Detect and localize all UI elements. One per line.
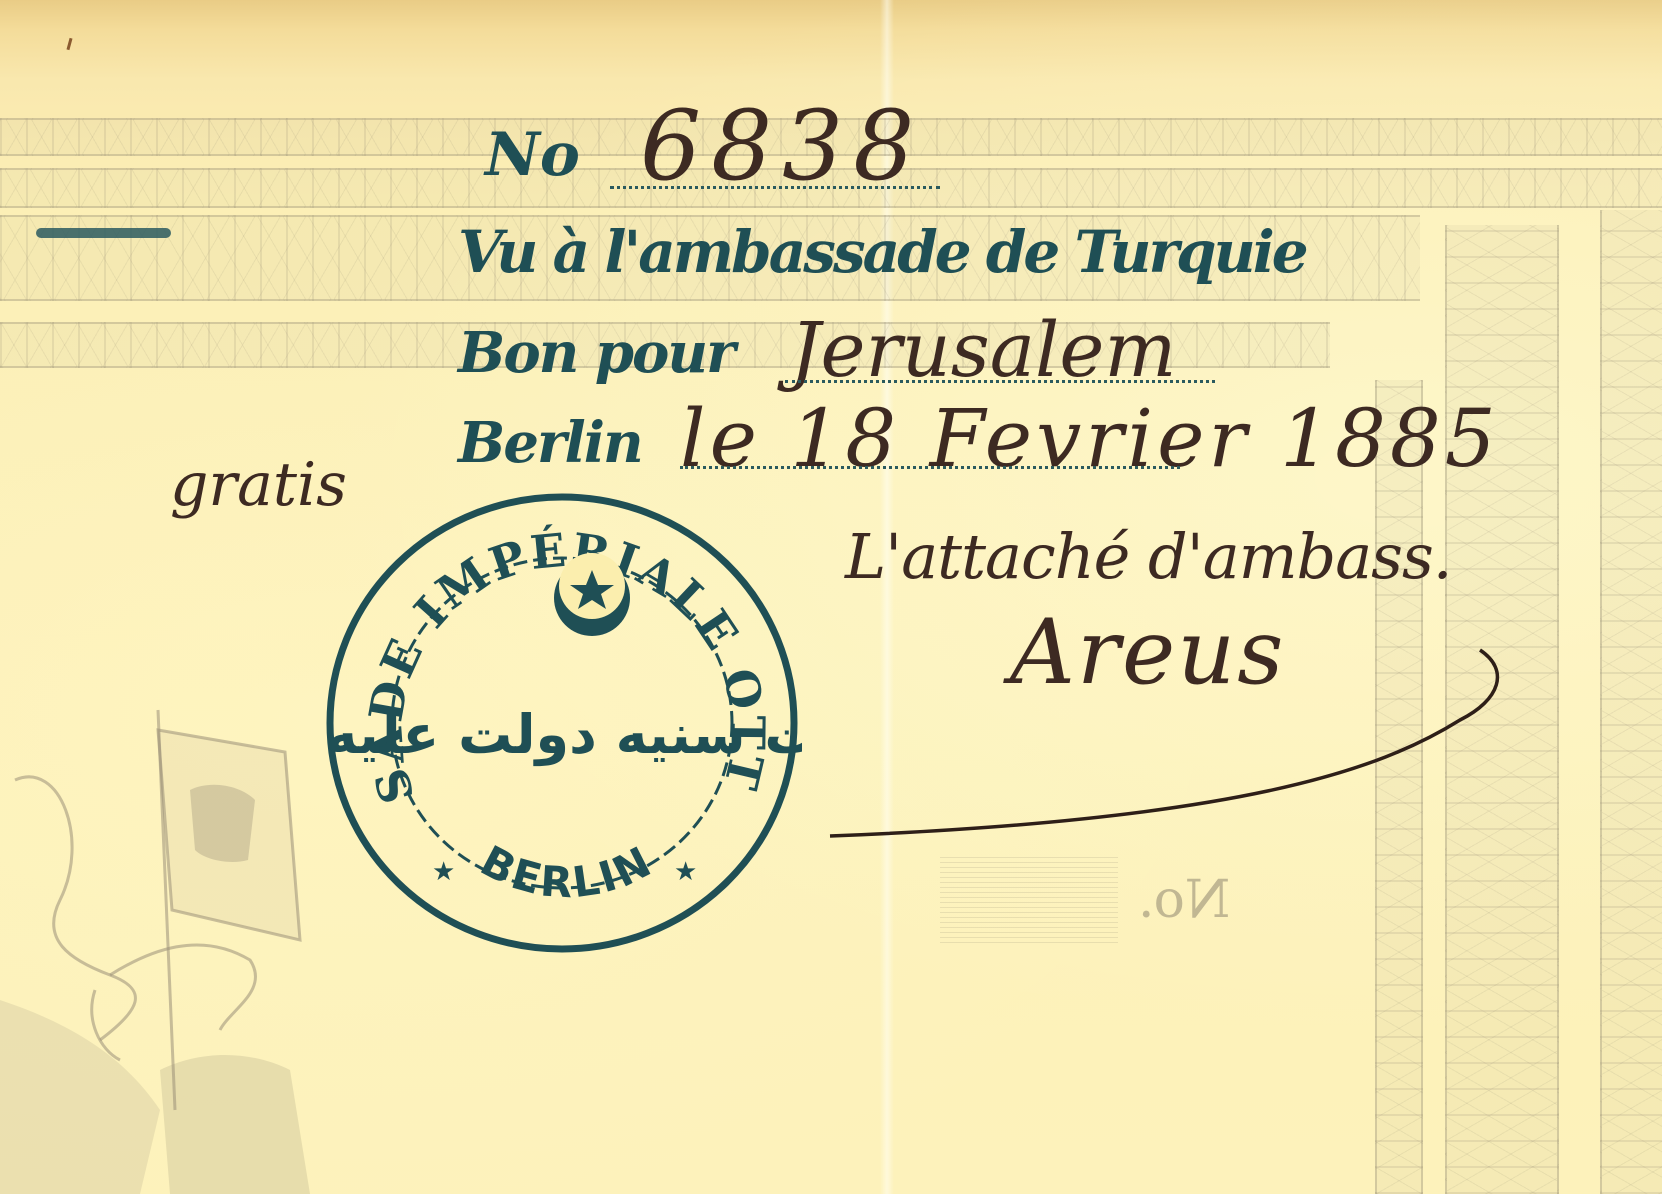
place-label: Berlin bbox=[458, 410, 642, 476]
fee-note: gratis bbox=[170, 450, 347, 520]
destination-dotted-line bbox=[785, 380, 1215, 383]
number-dotted-line bbox=[610, 186, 940, 189]
number-label: No bbox=[485, 120, 580, 190]
engraved-flag-eagle-illustration bbox=[0, 690, 340, 1194]
valid-for-label: Bon pour bbox=[458, 320, 734, 386]
date-dotted-line bbox=[680, 466, 1180, 469]
printed-number-box bbox=[940, 855, 1118, 943]
printed-number-label: No. bbox=[1138, 870, 1230, 930]
visa-line: Vu à l'ambassade de Turquie bbox=[458, 218, 1306, 286]
svg-text:BERLIN: BERLIN bbox=[473, 836, 661, 908]
signature-flourish bbox=[820, 640, 1520, 860]
seal-city-text: BERLIN bbox=[473, 836, 661, 908]
border-band-right-3 bbox=[1600, 210, 1662, 1194]
ink-smudge bbox=[36, 228, 171, 238]
seal-arabic-text: سفارت سنیه دولت علیه برلین bbox=[322, 703, 802, 766]
seal-star-left: ★ bbox=[432, 857, 455, 887]
issue-date: le 18 Fevrier 1885 bbox=[680, 392, 1500, 485]
signatory-title: L'attaché d'ambass. bbox=[845, 520, 1452, 593]
embassy-seal-stamp: AMBASSADE IMPÉRIALE OTTOMANE BERLIN ★ ★ … bbox=[322, 488, 802, 958]
seal-star-right: ★ bbox=[674, 857, 697, 887]
